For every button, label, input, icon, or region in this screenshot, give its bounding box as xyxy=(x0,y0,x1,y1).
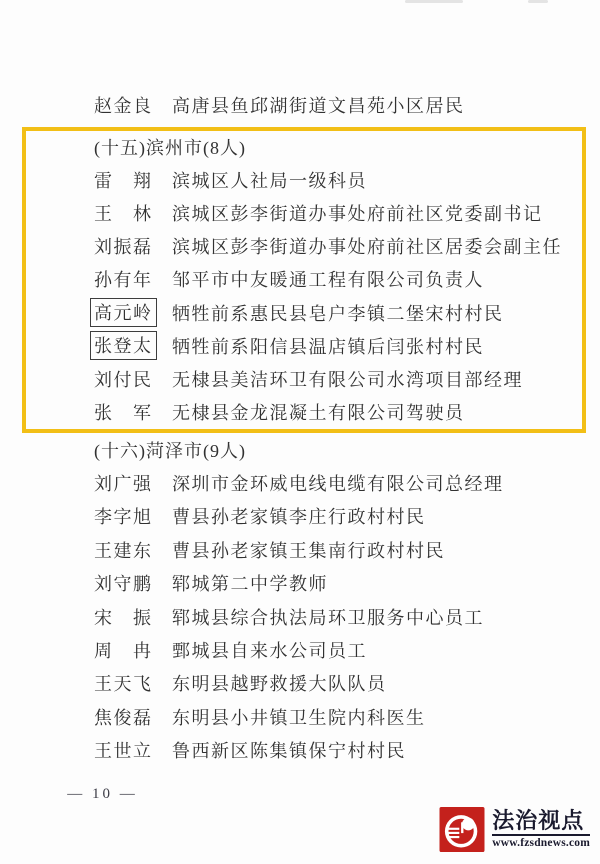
document-page: 赵金良 高唐县鱼邱湖街道文昌苑小区居民 (十五)滨州市(8人)雷 翔滨城区人社局… xyxy=(0,0,600,864)
person-description: 滨城区人社局一级科员 xyxy=(172,167,367,193)
person-name-boxed: 张登太 xyxy=(90,331,157,360)
person-description: 东明县小井镇卫生院内科医生 xyxy=(172,704,426,730)
person-name: 王天飞 xyxy=(94,670,153,696)
person-name-cell: 张登太 xyxy=(94,331,172,360)
list-row: 宋 振郓城县综合执法局环卫服务中心员工 xyxy=(0,600,600,633)
section: (十六)菏泽市(9人)刘广强深圳市金环威电线电缆有限公司总经理李字旭曹县孙老家镇… xyxy=(0,433,600,767)
list-row: 周 冉鄄城县自来水公司员工 xyxy=(0,633,600,666)
person-name-cell: 刘振磊 xyxy=(94,233,172,259)
section: (十五)滨州市(8人)雷 翔滨城区人社局一级科员王 林滨城区彭李街道办事处府前社… xyxy=(0,130,600,429)
logo-text-block: 法治视点 www.fzsdnews.com xyxy=(492,809,590,850)
person-name-cell: 周 冉 xyxy=(94,637,172,663)
person-name: 周 冉 xyxy=(94,637,153,663)
person-description: 鲁西新区陈集镇保宁村村民 xyxy=(172,737,406,763)
person-name-cell: 刘守鹏 xyxy=(94,570,172,596)
person-description: 牺牲前系阳信县温店镇后闫张村村民 xyxy=(172,333,484,359)
person-name-cell: 王天飞 xyxy=(94,670,172,696)
person-name-cell: 张 军 xyxy=(94,399,172,425)
list-row: 张 军无棣县金龙混凝土有限公司驾驶员 xyxy=(0,396,600,429)
person-name: 张 军 xyxy=(94,399,153,425)
person-description: 牺牲前系惠民县皂户李镇二堡宋村村民 xyxy=(172,300,504,326)
section-heading: (十五)滨州市(8人) xyxy=(0,130,600,163)
person-name: 王 林 xyxy=(94,200,153,226)
person-description: 东明县越野救援大队队员 xyxy=(172,670,387,696)
person-name: 焦俊磊 xyxy=(94,704,153,730)
list-row: 孙有年邹平市中友暖通工程有限公司负责人 xyxy=(0,263,600,296)
person-name-cell: 李字旭 xyxy=(94,503,172,529)
person-name-cell: 宋 振 xyxy=(94,604,172,630)
person-description: 郓城第二中学教师 xyxy=(172,570,328,596)
person-name: 孙有年 xyxy=(94,266,153,292)
page-number: — 10 — xyxy=(55,786,150,803)
list-row: 张登太牺牲前系阳信县温店镇后闫张村村民 xyxy=(0,329,600,362)
list-row: 赵金良 高唐县鱼邱湖街道文昌苑小区居民 xyxy=(0,88,600,121)
list-row: 刘付民无棣县美洁环卫有限公司水湾项目部经理 xyxy=(0,362,600,395)
list-row: 刘守鹏郓城第二中学教师 xyxy=(0,567,600,600)
list-row: 王建东曹县孙老家镇王集南行政村村民 xyxy=(0,533,600,566)
person-description: 曹县孙老家镇李庄行政村村民 xyxy=(172,503,426,529)
person-name-cell: 王世立 xyxy=(94,737,172,763)
person-description: 邹平市中友暖通工程有限公司负责人 xyxy=(172,266,484,292)
person-description: 深圳市金环威电线电缆有限公司总经理 xyxy=(172,470,504,496)
person-name-boxed: 高元岭 xyxy=(90,298,157,327)
person-name: 刘守鹏 xyxy=(94,570,153,596)
person-name-cell: 焦俊磊 xyxy=(94,704,172,730)
person-name: 刘振磊 xyxy=(94,233,153,259)
person-description: 曹县孙老家镇王集南行政村村民 xyxy=(172,537,445,563)
person-description: 鄄城县自来水公司员工 xyxy=(172,637,367,663)
person-name-cell: 王建东 xyxy=(94,537,172,563)
person-name-cell: 高元岭 xyxy=(94,298,172,327)
list-row: 李字旭曹县孙老家镇李庄行政村村民 xyxy=(0,500,600,533)
logo-url: www.fzsdnews.com xyxy=(492,834,590,850)
person-name-cell: 刘广强 xyxy=(94,470,172,496)
person-name-cell: 孙有年 xyxy=(94,266,172,292)
person-description: 无棣县金龙混凝土有限公司驾驶员 xyxy=(172,399,465,425)
person-name: 王建东 xyxy=(94,537,153,563)
person-name-cell: 王 林 xyxy=(94,200,172,226)
list-row: 雷 翔滨城区人社局一级科员 xyxy=(0,163,600,196)
list-row: 王天飞东明县越野救援大队队员 xyxy=(0,667,600,700)
person-name: 李字旭 xyxy=(94,503,153,529)
list-row: 焦俊磊东明县小井镇卫生院内科医生 xyxy=(0,700,600,733)
person-name: 雷 翔 xyxy=(94,167,153,193)
person-name: 宋 振 xyxy=(94,604,153,630)
person-name-cell: 刘付民 xyxy=(94,366,172,392)
section-heading: (十六)菏泽市(9人) xyxy=(0,433,600,466)
fzsd-logo-icon xyxy=(439,807,485,852)
list-row: 刘振磊滨城区彭李街道办事处府前社区居委会副主任 xyxy=(0,230,600,263)
list-row: 王世立鲁西新区陈集镇保宁村村民 xyxy=(0,734,600,767)
person-description: 滨城区彭李街道办事处府前社区居委会副主任 xyxy=(172,233,562,259)
list-row: 高元岭牺牲前系惠民县皂户李镇二堡宋村村民 xyxy=(0,296,600,329)
list-row: 刘广强深圳市金环威电线电缆有限公司总经理 xyxy=(0,466,600,499)
person-name: 刘付民 xyxy=(94,366,153,392)
person-name: 赵金良 xyxy=(94,92,153,118)
list-row: 王 林滨城区彭李街道办事处府前社区党委副书记 xyxy=(0,196,600,229)
scan-artifact xyxy=(405,0,463,3)
person-name: 王世立 xyxy=(94,737,153,763)
person-name: 刘广强 xyxy=(94,470,153,496)
scan-artifact xyxy=(528,0,548,3)
person-description: 滨城区彭李街道办事处府前社区党委副书记 xyxy=(172,200,543,226)
logo-title: 法治视点 xyxy=(492,809,590,833)
person-name-cell: 雷 翔 xyxy=(94,167,172,193)
person-description: 郓城县综合执法局环卫服务中心员工 xyxy=(172,604,484,630)
person-name-cell: 赵金良 xyxy=(94,92,172,118)
person-description: 无棣县美洁环卫有限公司水湾项目部经理 xyxy=(172,366,523,392)
footer-logo: 法治视点 www.fzsdnews.com xyxy=(439,807,590,852)
person-description: 高唐县鱼邱湖街道文昌苑小区居民 xyxy=(172,92,465,118)
